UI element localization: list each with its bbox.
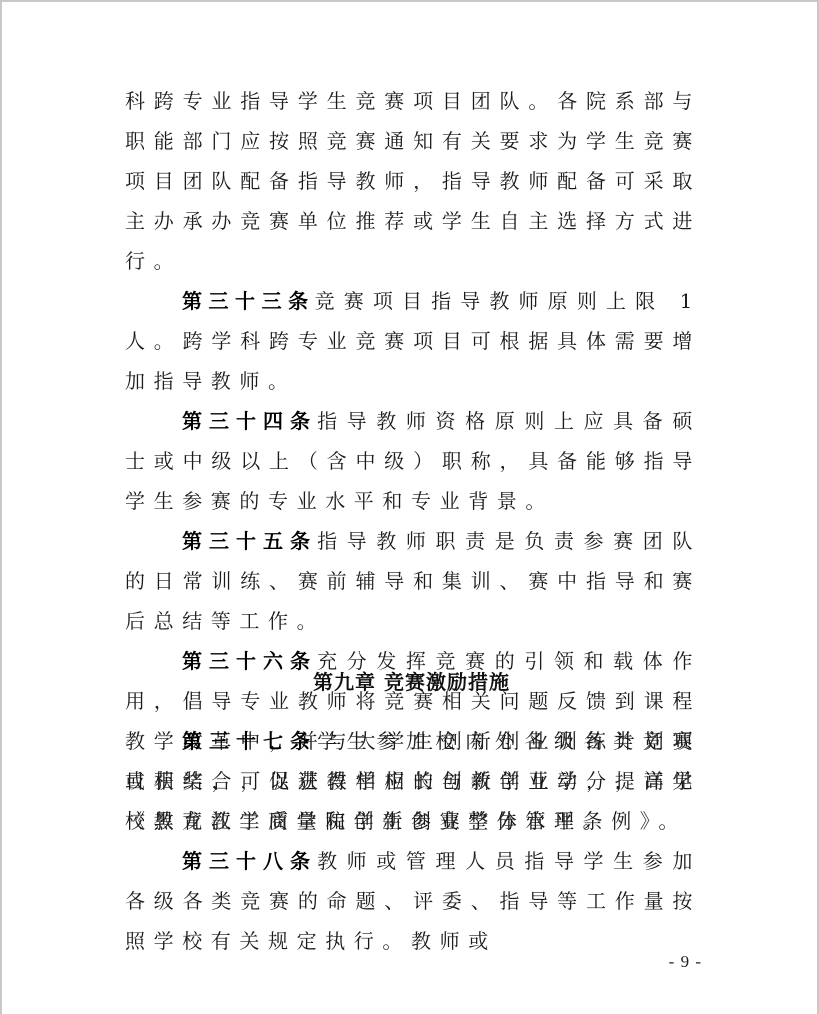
article-35: 第三十五条指导教师职责是负责参赛团队的日常训练、赛前辅导和集训、赛中指导和赛后总… xyxy=(125,521,701,641)
article-34: 第三十四条指导教师资格原则上应具备硕士或中级以上（含中级）职称，具备能够指导学生… xyxy=(125,401,701,521)
article-37: 第三十七条学生参加校内外各级各类竞赛或获奖，可以获得相应的创新创业学分，详见《黑… xyxy=(125,721,701,841)
article-38: 第三十八条教师或管理人员指导学生参加各级各类竞赛的命题、评委、指导等工作量按照学… xyxy=(125,841,701,961)
article-label: 第三十八条 xyxy=(182,849,317,873)
chapter-heading: 第九章 竞赛激励措施 xyxy=(2,664,819,700)
article-label: 第三十四条 xyxy=(182,409,317,433)
article-label: 第三十三条 xyxy=(182,289,315,313)
document-page: 科跨专业指导学生竞赛项目团队。各院系部与职能部门应按照竞赛通知有关要求为学生竞赛… xyxy=(0,0,819,1014)
paragraph-text: 科跨专业指导学生竞赛项目团队。各院系部与职能部门应按照竞赛通知有关要求为学生竞赛… xyxy=(125,89,701,273)
article-label: 第三十七条 xyxy=(182,729,317,753)
paragraph-continuation: 科跨专业指导学生竞赛项目团队。各院系部与职能部门应按照竞赛通知有关要求为学生竞赛… xyxy=(125,81,701,281)
article-33: 第三十三条竞赛项目指导教师原则上限 1 人。跨学科跨专业竞赛项目可根据具体需要增… xyxy=(125,281,701,401)
body-text-block-2: 第三十七条学生参加校内外各级各类竞赛或获奖，可以获得相应的创新创业学分，详见《黑… xyxy=(125,721,701,961)
article-label: 第三十五条 xyxy=(182,529,317,553)
page-number: - 9 - xyxy=(652,952,702,972)
